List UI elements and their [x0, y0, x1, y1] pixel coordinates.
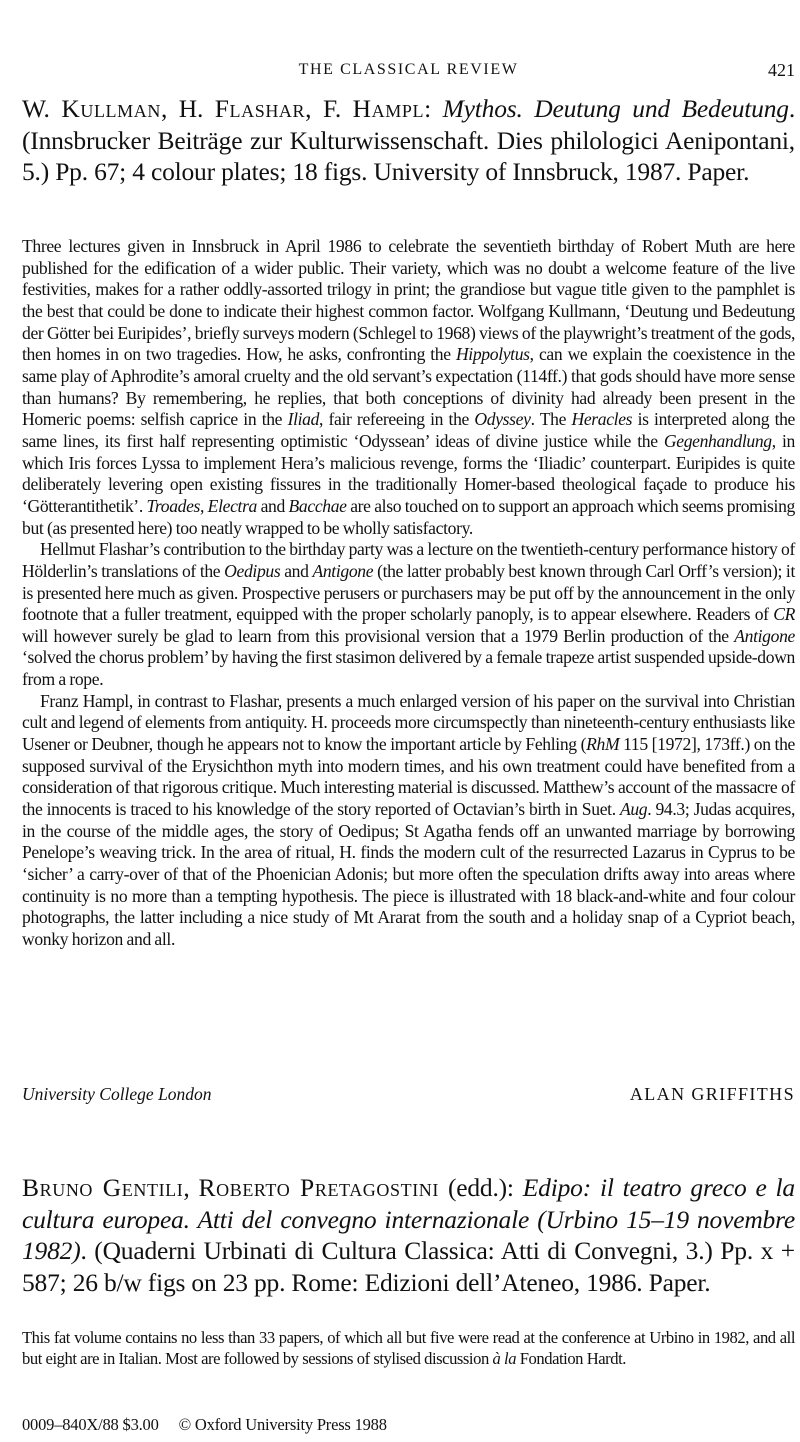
paragraph: Franz Hampl, in contrast to Flashar, pre…	[22, 691, 795, 951]
author-2: H. Flashar	[179, 94, 305, 123]
reviewer-name: ALAN GRIFFITHS	[630, 1082, 795, 1106]
review-1-signature: University College London ALAN GRIFFITHS	[22, 1082, 795, 1106]
review-2-body: This fat volume contains no less than 33…	[22, 1327, 795, 1369]
issn-price: 0009–840X/88 $3.00	[22, 1415, 159, 1434]
review-1-body: Three lectures given in Innsbruck in Apr…	[22, 236, 795, 951]
page-number: 421	[768, 58, 795, 82]
review-2-heading: Bruno Gentili, Roberto Pretagostini (edd…	[22, 1172, 795, 1298]
book-title: Mythos. Deutung und Bedeutung	[443, 94, 789, 123]
author-1: W. Kullman	[22, 94, 161, 123]
reviewer-affiliation: University College London	[22, 1082, 212, 1106]
editor-1: Bruno Gentili	[22, 1173, 183, 1202]
book-details: . (Quaderni Urbinati di Cultura Classica…	[22, 1236, 795, 1297]
copyright-notice: © Oxford University Press 1988	[179, 1415, 387, 1434]
journal-title: THE CLASSICAL REVIEW	[22, 58, 795, 82]
paragraph: This fat volume contains no less than 33…	[22, 1327, 795, 1369]
paragraph: Hellmut Flashar’s contribution to the bi…	[22, 539, 795, 691]
paragraph: Three lectures given in Innsbruck in Apr…	[22, 236, 795, 539]
review-1-heading: W. Kullman, H. Flashar, F. Hampl: Mythos…	[22, 93, 795, 188]
running-head: THE CLASSICAL REVIEW 421	[22, 58, 795, 82]
editor-2: Roberto Pretagostini	[199, 1173, 440, 1202]
page-footer: 0009–840X/88 $3.00 © Oxford University P…	[22, 1414, 403, 1436]
author-3: F. Hampl	[323, 94, 424, 123]
